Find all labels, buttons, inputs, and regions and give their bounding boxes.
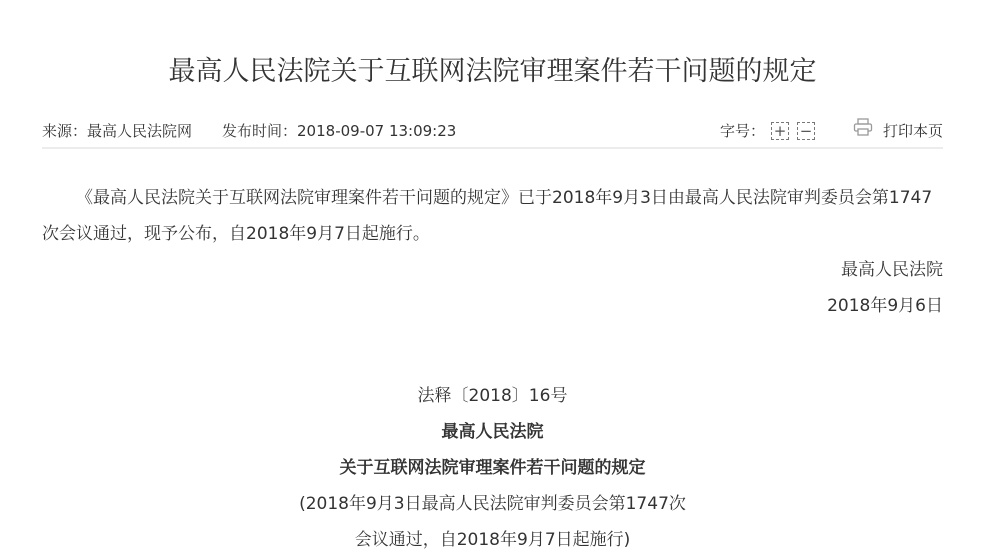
meta-divider [42,147,943,149]
article-meta-bar: 来源：最高人民法院网发布时间：2018-09-07 13:09:23 字号： +… [42,118,943,144]
source-label: 来源：最高人民法院网 [42,122,192,140]
signature-date: 2018年9月6日 [42,288,943,324]
meta-info: 来源：最高人民法院网发布时间：2018-09-07 13:09:23 [42,118,456,144]
printer-icon [853,118,883,144]
font-decrease-button[interactable]: − [797,122,815,140]
document-number: 法释〔2018〕16号 [42,378,943,414]
document-header: 法释〔2018〕16号 最高人民法院 关于互联网法院审理案件若干问题的规定 (2… [42,378,943,558]
intro-paragraph: 《最高人民法院关于互联网法院审理案件若干问题的规定》已于2018年9月3日由最高… [42,180,943,252]
document-heading: 关于互联网法院审理案件若干问题的规定 [42,450,943,486]
document-note-line1: (2018年9月3日最高人民法院审判委员会第1747次 [42,486,943,522]
publish-time: 发布时间：2018-09-07 13:09:23 [222,122,456,140]
font-size-label: 字号： [720,118,765,144]
article-title: 最高人民法院关于互联网法院审理案件若干问题的规定 [42,52,943,92]
print-label: 打印本页 [883,118,943,144]
document-issuer: 最高人民法院 [42,414,943,450]
document-note-line2: 会议通过，自2018年9月7日起施行) [42,522,943,558]
signature: 最高人民法院 [42,252,943,288]
font-increase-button[interactable]: + [771,122,789,140]
article-body: 《最高人民法院关于互联网法院审理案件若干问题的规定》已于2018年9月3日由最高… [42,180,943,324]
print-button[interactable]: 打印本页 [853,118,943,144]
meta-tools: 字号： + − 打印本页 [720,118,943,144]
